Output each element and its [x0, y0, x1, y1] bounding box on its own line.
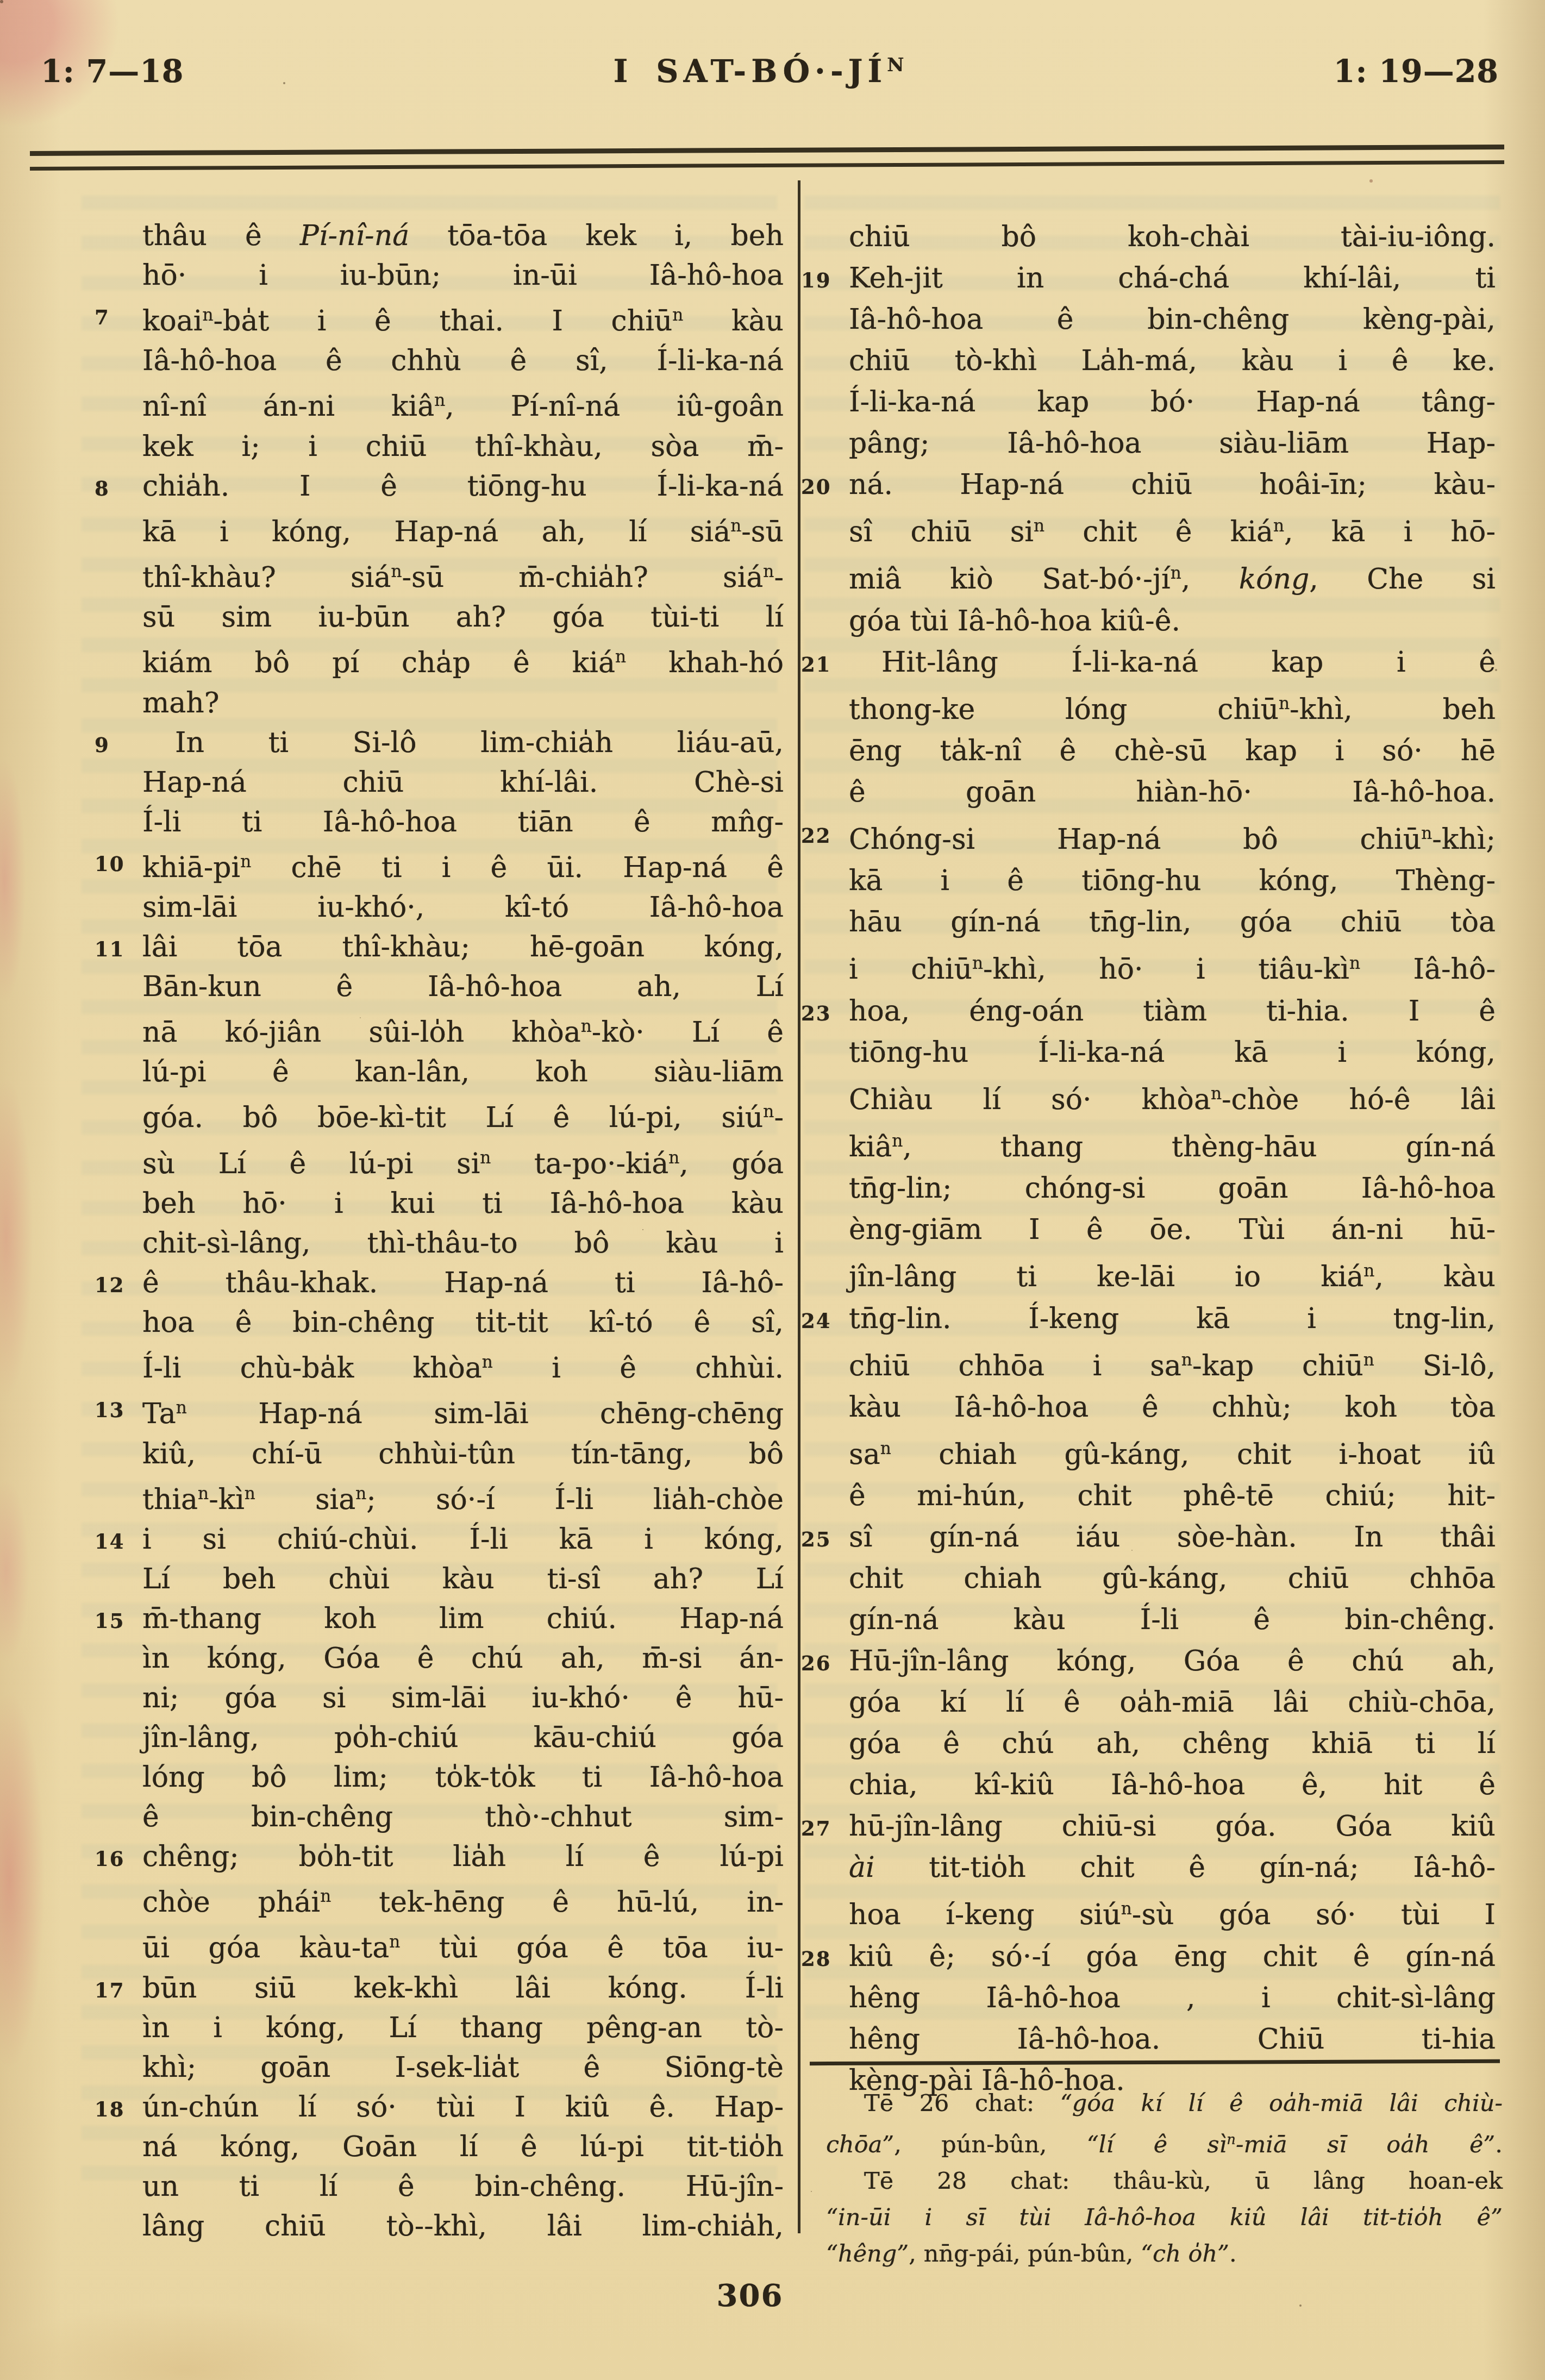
verse-number: 27: [801, 1808, 842, 1849]
text-line: hoa ê bin-chêng ti̍t-ti̍t kî-tó ê sî,: [142, 1303, 784, 1343]
text-line: 17būn siū kek-khì lâi kóng. Í-li: [142, 1969, 784, 2008]
header-verse-range-right: 1: 19—28: [1334, 53, 1499, 90]
text-line: 11lâi tōa thî-khàu; hē-goān kóng,: [142, 928, 784, 967]
book-page: 1: 7—18 I SAT-BÓ·-JÍN 1: 19—28 thâu ê Pí…: [0, 0, 1545, 2380]
text-line: chōa”, pún-bûn, “lí ê sìn-miā sī oa̍h ê”…: [826, 2122, 1503, 2163]
text-line: beh hō· i kui ti Iâ-hô-hoa kàu: [142, 1184, 784, 1224]
text-line: ìn i kóng, Lí thang pêng-an tò-: [142, 2008, 784, 2048]
text-line: 24tn̄g-lin. Í-keng kā i tng-lin,: [849, 1298, 1496, 1339]
text-line: sū sim iu-būn ah? góa tùi-ti lí: [142, 598, 784, 637]
text-line: sî chiū sin chit ê kián, kā i hō-: [849, 505, 1496, 553]
text-line: góa tùi Iâ-hô-hoa kiû-ê.: [849, 600, 1496, 642]
verse-number: 12: [95, 1266, 136, 1305]
text-line: 13Tan Hap-ná sim-lāi chēng-chēng: [142, 1388, 784, 1434]
verse-number: 10: [95, 844, 136, 884]
text-line: 18ún-chún lí só· tùi I kiû ê. Hap-: [142, 2088, 784, 2127]
text-line: pâng; Iâ-hô-hoa siàu-liām Hap-: [849, 423, 1496, 464]
text-line: nî-nî án-ni kiân, Pí-nî-ná iû-goân: [142, 381, 784, 427]
text-line: 9In ti Si-lô lim-chia̍h liáu-aū,: [142, 723, 784, 763]
text-line: kàu Iâ-hô-hoa ê chhù; koh tòa: [849, 1387, 1496, 1428]
text-line: Iâ-hô-hoa ê bin-chêng kèng-pài,: [849, 299, 1496, 340]
text-line: góa. bô bōe-kì-tit Lí ê lú-pi, siún-: [142, 1092, 784, 1138]
text-line: thâu ê Pí-nî-ná tōa-tōa kek i, beh: [142, 216, 784, 256]
verse-number: 28: [801, 1938, 842, 1980]
right-column: chiū bô koh-chài tài-iu-iông.19Keh-jit i…: [849, 216, 1496, 2101]
text-line: Iâ-hô-hoa ê chhù ê sî, Í-li-ka-ná: [142, 341, 784, 381]
text-line: Hap-ná chiū khí-lâi. Chè-si: [142, 763, 784, 803]
text-line: jîn-lâng ti ke-lāi io kián, kàu: [849, 1250, 1496, 1298]
text-line: chit-sì-lâng, thì-thâu-to bô kàu i: [142, 1224, 784, 1263]
text-line: jîn-lâng, po̍h-chiú kāu-chiú góa: [142, 1718, 784, 1758]
text-line: sù Lí ê lú-pi sin ta-po·-kián, góa: [142, 1138, 784, 1184]
verse-number: 7: [95, 298, 136, 337]
text-line: khì; goān I-sek-lia̍t ê Siōng-tè: [142, 2048, 784, 2088]
text-line: hoa í-keng siún-sù góa só· tùi I: [849, 1888, 1496, 1936]
page-number: 306: [0, 2278, 1500, 2314]
text-line: Bān-kun ê Iâ-hô-hoa ah, Lí: [142, 967, 784, 1007]
text-line: hāu gín-ná tn̄g-lin, góa chiū tòa: [849, 901, 1496, 943]
text-line: 8chia̍h. I ê tiōng-hu Í-li-ka-ná: [142, 467, 784, 506]
verse-number: 13: [95, 1391, 136, 1430]
text-line: 23hoa, éng-oán tiàm ti-hia. I ê: [849, 991, 1496, 1032]
text-line: lú-pi ê kan-lân, koh siàu-liām: [142, 1053, 784, 1092]
verse-number: 25: [801, 1519, 842, 1560]
verse-number: 24: [801, 1300, 842, 1342]
text-line: Chiàu lí só· khòan-chòe hó-ê lâi: [849, 1073, 1496, 1120]
text-line: tn̄g-lin; chóng-si goān Iâ-hô-hoa: [849, 1168, 1496, 1209]
text-line: ni; góa si sim-lāi iu-khó· ê hū-: [142, 1678, 784, 1718]
text-line: ài tit-tio̍h chit ê gín-ná; Iâ-hô-: [849, 1847, 1496, 1888]
header-verse-range-left: 1: 7—18: [41, 53, 184, 90]
text-line: 25sî gín-ná iáu sòe-hàn. In thâi: [849, 1517, 1496, 1558]
double-rule-top: [30, 145, 1504, 156]
text-line: kiû, chí-ū chhùi-tûn tín-tāng, bô: [142, 1435, 784, 1474]
text-line: 22Chóng-si Hap-ná bô chiūn-khì;: [849, 813, 1496, 860]
text-line: san chiah gû-káng, chit i-hoat iû: [849, 1428, 1496, 1475]
text-line: ê bin-chêng thò·-chhut sim-: [142, 1797, 784, 1837]
text-line: góa kí lí ê oa̍h-miā lâi chiù-chōa,: [849, 1682, 1496, 1723]
text-line: 19Keh-jit in chá-chá khí-lâi, ti: [849, 258, 1496, 299]
text-line: 20ná. Hap-ná chiū hoâi-īn; kàu-: [849, 464, 1496, 505]
text-line: hêng Iâ-hô-hoa. Chiū ti-hia: [849, 2019, 1496, 2060]
verse-number: 16: [95, 1839, 136, 1879]
verse-number: 21: [801, 644, 842, 685]
text-line: èng-giām I ê ōe. Tùi án-ni hū-: [849, 1209, 1496, 1250]
verse-number: 8: [95, 469, 136, 509]
text-line: lóng bô lim; to̍k-to̍k ti Iâ-hô-hoa: [142, 1758, 784, 1797]
verse-number: 18: [95, 2090, 136, 2130]
text-line: Tē 26 chat: “góa kí lí ê oa̍h-miā lâi ch…: [826, 2085, 1503, 2122]
text-line: chit chiah gû-káng, chiū chhōa: [849, 1558, 1496, 1599]
text-line: ūi góa kàu-tan tùi góa ê tōa iu-: [142, 1922, 784, 1968]
verse-number: 22: [801, 815, 842, 856]
text-line: Tē 28 chat: thâu-kù, ū lâng hoan-ek: [826, 2163, 1503, 2200]
text-line: Í-li ti Iâ-hô-hoa tiān ê mn̂g-: [142, 803, 784, 842]
footnotes: Tē 26 chat: “góa kí lí ê oa̍h-miā lâi ch…: [826, 2085, 1503, 2272]
text-line: miâ kiò Sat-bó·-jín, kóng, Che si: [849, 553, 1496, 600]
text-line: mah?: [142, 684, 784, 723]
text-line: hêng Iâ-hô-hoa , i chit-sì-lâng: [849, 1977, 1496, 2019]
text-line: Í-li chù-ba̍k khòan i ê chhùi.: [142, 1343, 784, 1388]
text-line: chiū bô koh-chài tài-iu-iông.: [849, 216, 1496, 258]
verse-number: 14: [95, 1522, 136, 1562]
text-line: 21Hit-lâng Í-li-ka-ná kap i ê: [849, 642, 1496, 683]
text-line: hō· i iu-būn; in-ūi Iâ-hô-hoa: [142, 256, 784, 296]
text-line: Lí beh chùi kàu ti-sî ah? Lí: [142, 1559, 784, 1599]
column-divider: [798, 180, 800, 2233]
text-line: un ti lí ê bin-chêng. Hū-jîn-: [142, 2167, 784, 2207]
text-line: chiū tò-khì La̍h-má, kàu i ê ke.: [849, 340, 1496, 381]
text-line: 16chêng; bo̍h-tit lia̍h lí ê lú-pi: [142, 1837, 784, 1877]
text-line: ìn kóng, Góa ê chú ah, m̄-si án-: [142, 1639, 784, 1678]
text-line: “in-ūi i sī tùi Iâ-hô-hoa kiû lâi tit-ti…: [826, 2200, 1503, 2236]
text-line: nā kó-jiân sûi-lo̍h khòan-kò· Lí ê: [142, 1007, 784, 1053]
text-line: kā i ê tiōng-hu kóng, Thèng-: [849, 860, 1496, 901]
verse-number: 20: [801, 466, 842, 508]
running-title-superscript: N: [887, 54, 904, 76]
text-line: ê goān hiàn-hō· Iâ-hô-hoa.: [849, 772, 1496, 813]
text-line: 15m̄-thang koh lim chiú. Hap-ná: [142, 1599, 784, 1639]
text-line: góa ê chú ah, chêng khiā ti lí: [849, 1723, 1496, 1764]
text-line: sim-lāi iu-khó·, kî-tó Iâ-hô-hoa: [142, 888, 784, 928]
text-line: thian-kìn sian; só·-í Í-li lia̍h-chòe: [142, 1474, 784, 1520]
double-rule-bottom: [30, 160, 1504, 171]
text-line: 27hū-jîn-lâng chiū-si góa. Góa kiû: [849, 1806, 1496, 1847]
paper-specks: [0, 0, 3, 3]
text-line: 12ê thâu-khak. Hap-ná ti Iâ-hô-: [142, 1263, 784, 1303]
text-line: chiū chhōa i san-kap chiūn Si-lô,: [849, 1339, 1496, 1387]
text-line: lâng chiū tò--khì, lâi lim-chia̍h,: [142, 2207, 784, 2246]
text-line: kiám bô pí cha̍p ê kián khah-hó: [142, 637, 784, 683]
verse-number: 11: [95, 930, 136, 969]
text-line: 28kiû ê; só·-í góa ēng chit ê gín-ná: [849, 1936, 1496, 1977]
text-line: Í-li-ka-ná kap bó· Hap-ná tâng-: [849, 381, 1496, 423]
text-line: 7koain-ba̍t i ê thai. I chiūn kàu: [142, 296, 784, 341]
text-line: thong-ke lóng chiūn-khì, beh: [849, 683, 1496, 730]
verse-number: 15: [95, 1601, 136, 1641]
text-line: 10khiā-pin chē ti i ê ūi. Hap-ná ê: [142, 842, 784, 888]
verse-number: 17: [95, 1971, 136, 2011]
text-line: i chiūn-khì, hō· i tiâu-kìn Iâ-hô-: [849, 943, 1496, 990]
text-line: chia, kî-kiû Iâ-hô-hoa ê, hit ê: [849, 1764, 1496, 1806]
text-line: ēng ta̍k-nî ê chè-sū kap i só· hē: [849, 730, 1496, 772]
text-line: ná kóng, Goān lí ê lú-pi tit-tio̍h: [142, 2127, 784, 2167]
text-line: thî-khàu? sián-sū m̄-chia̍h? sián-: [142, 552, 784, 598]
verse-number: 26: [801, 1643, 842, 1684]
text-line: chòe pháin tek-hēng ê hū-lú, in-: [142, 1877, 784, 1922]
text-line: kek i; i chiū thî-khàu, sòa m̄-: [142, 427, 784, 467]
text-line: “hêng”, nn̄g-pái, pún-bûn, “ch o̍h”.: [826, 2236, 1503, 2272]
text-line: 26Hū-jîn-lâng kóng, Góa ê chú ah,: [849, 1640, 1496, 1682]
page-header: 1: 7—18 I SAT-BÓ·-JÍN 1: 19—28: [41, 53, 1499, 90]
text-line: ê mi-hún, chit phê-tē chiú; hit-: [849, 1475, 1496, 1517]
running-title: I SAT-BÓ·-JÍN: [614, 53, 904, 90]
verse-number: 9: [95, 725, 136, 765]
text-line: tiōng-hu Í-li-ka-ná kā i kóng,: [849, 1032, 1496, 1073]
verse-number: 23: [801, 993, 842, 1034]
text-line: gín-ná kàu Í-li ê bin-chêng.: [849, 1599, 1496, 1640]
text-line: kiân, thang thèng-hāu gín-ná: [849, 1120, 1496, 1168]
text-line: kā i kóng, Hap-ná ah, lí sián-sū: [142, 506, 784, 552]
left-column: thâu ê Pí-nî-ná tōa-tōa kek i, behhō· i …: [142, 216, 784, 2246]
text-line: 14i si chiú-chùi. Í-li kā i kóng,: [142, 1520, 784, 1559]
verse-number: 19: [801, 260, 842, 301]
